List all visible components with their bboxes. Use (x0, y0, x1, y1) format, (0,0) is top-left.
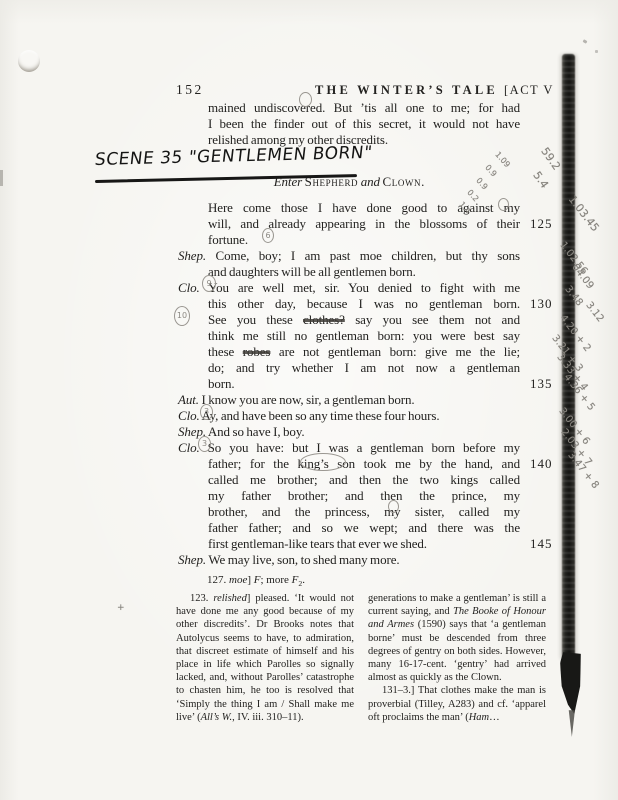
line-number: 125 (530, 216, 564, 232)
play-line: will, and already appearing in the bloss… (178, 216, 520, 232)
play-line: this other day, because I was no gentlem… (178, 296, 520, 312)
play-line: Shep. Come, boy; I am past moe children,… (178, 248, 520, 264)
text-segment: And so have I, boy. (206, 424, 305, 439)
text-segment: Ay, and have been so any time these four… (200, 408, 440, 423)
running-title: THE WINTER’S TALE (315, 83, 498, 98)
play-line: born.135 (178, 376, 520, 392)
line-number: 135 (530, 376, 564, 392)
play-line: father father; and so we wept; and there… (178, 520, 520, 536)
text-segment: I been the finder out of this secret, it… (208, 116, 520, 131)
handwritten-number: 3.21 + 3 (549, 333, 584, 374)
text-segment: ; more (260, 574, 291, 586)
act-header: [ACT V (504, 83, 554, 98)
text-segment: robes (243, 344, 271, 359)
page-number: 152 (176, 82, 204, 98)
text-segment: mained undiscovered. But ’tis all one to… (208, 100, 520, 115)
footnote-paragraph: generations to make a gentleman’ is stil… (368, 592, 546, 684)
text-segment: moe (229, 574, 247, 586)
play-line: called me brother; and then the two king… (178, 472, 520, 488)
text-segment: Aut. (178, 392, 199, 407)
handwritten-number: 1.02.56 (557, 240, 589, 277)
text-segment: father father; and so we wept; and there… (208, 520, 520, 535)
text-segment: Clo. (178, 408, 200, 423)
text-segment: Clo. (178, 280, 200, 295)
text-segment: 123. (190, 593, 213, 604)
play-text: mained undiscovered. But ’tis all one to… (178, 100, 520, 568)
text-segment: my father brother; and then the prince, … (208, 488, 520, 503)
handwritten-number: 5.4 (530, 169, 551, 191)
footnote-paragraph: 123. relished] pleased. ‘It would not ha… (176, 592, 354, 724)
collation-note: 127. moe] F; more F2. (207, 574, 305, 588)
text-segment: these (208, 344, 243, 359)
play-line: Clo. You are well met, sir. You denied t… (178, 280, 520, 296)
handwritten-number: 3.00 + 6 (556, 406, 591, 447)
handwritten-number: 59.2 (538, 145, 563, 173)
handwritten-number: 3.47 + 8 (565, 450, 600, 491)
text-segment: Ham (469, 712, 489, 723)
text-segment: think me still no gentleman born: you we… (208, 328, 520, 343)
play-line: and daughters will be all gentlemen born… (178, 264, 520, 280)
scan-speck (595, 50, 598, 53)
handwritten-number: 3.12 (583, 300, 605, 324)
handwritten-number: 4.20 + 2 (557, 313, 592, 354)
text-segment: relished (213, 593, 246, 604)
text-segment: clothes? (303, 312, 345, 327)
play-line: Clo. So you have: but I was a gentleman … (178, 440, 520, 456)
play-line: Shep. And so have I, boy. (178, 424, 520, 440)
text-segment: We may live, son, to shed many more. (206, 552, 399, 567)
footnotes: 123. relished] pleased. ‘It would not ha… (0, 592, 618, 744)
play-line: my father brother; and then the prince, … (178, 488, 520, 504)
handwritten-number: 1.03.45 (566, 193, 602, 234)
play-line: do; and try whether I am not now a gentl… (178, 360, 520, 376)
text-segment: 131–3.] That clothes make the man is pro… (368, 685, 546, 722)
handwritten-number: 04.09 (569, 262, 595, 291)
play-line: Clo. Ay, and have been so any time these… (178, 408, 520, 424)
play-line: I been the finder out of this secret, it… (178, 116, 520, 132)
text-segment: See you these (208, 312, 303, 327)
handwritten-number: 3.48 (562, 284, 584, 308)
play-line: father; for the king’s son took me by th… (178, 456, 520, 472)
binding-shadow-strip (562, 54, 575, 660)
text-segment: Shep. (178, 552, 206, 567)
line-number: 140 (530, 456, 564, 472)
play-line: think me still no gentleman born: you we… (178, 328, 520, 344)
text-segment: are not gentleman born: give me the lie; (270, 344, 520, 359)
text-segment: ] pleased. ‘It would not have done me an… (176, 593, 354, 723)
scan-edge-mark (0, 170, 3, 186)
text-segment: brother, and the princess, my sister, ca… (208, 504, 520, 519)
text-segment: first gentleman-like tears that ever we … (208, 536, 427, 551)
text-segment: … (489, 712, 500, 723)
play-line: first gentleman-like tears that ever we … (178, 536, 520, 552)
footnote-col-left: 123. relished] pleased. ‘It would not ha… (176, 592, 354, 742)
line-number: 145 (530, 536, 564, 552)
punch-hole-shadow (18, 50, 40, 72)
text-segment: Clown (382, 174, 421, 189)
text-segment: born. (208, 376, 235, 391)
text-segment: will, and already appearing in the bloss… (208, 216, 520, 231)
play-line: these robes are not gentleman born: give… (178, 344, 520, 360)
play-line: Shep. We may live, son, to shed many mor… (178, 552, 520, 568)
text-segment: You are well met, sir. You denied to fig… (200, 280, 520, 295)
text-segment: Clo. (178, 440, 200, 455)
play-line: Here come those I have done good to agai… (178, 200, 520, 216)
footnote-paragraph: 131–3.] That clothes make the man is pro… (368, 684, 546, 724)
line-number: 130 (530, 296, 564, 312)
scanned-page: 152 THE WINTER’S TALE [ACT V mained undi… (0, 0, 618, 800)
text-segment: All’s W. (201, 712, 233, 723)
text-segment: . (302, 574, 305, 586)
footnote-col-right: generations to make a gentleman’ is stil… (368, 592, 546, 742)
text-segment: father; for the king’s son took me by th… (208, 456, 520, 471)
text-segment: Come, boy; I am past moe children, but t… (206, 248, 520, 263)
play-line: mained undiscovered. But ’tis all one to… (178, 100, 520, 116)
scan-speck (583, 39, 588, 44)
text-segment: and (358, 174, 382, 189)
text-segment: Shep. (178, 248, 206, 263)
play-line: Aut. I know you are now, sir, a gentlema… (178, 392, 520, 408)
text-segment: So you have: but I was a gentleman born … (200, 440, 520, 455)
text-segment: do; and try whether I am not now a gentl… (208, 360, 520, 375)
text-segment: this other day, because I was no gentlem… (208, 296, 520, 311)
text-segment: . (421, 174, 424, 189)
handwritten-number: 4.36 + 5 (561, 372, 596, 413)
play-line: brother, and the princess, my sister, ca… (178, 504, 520, 520)
text-segment: called me brother; and then the two king… (208, 472, 520, 487)
play-line: fortune. (178, 232, 520, 248)
text-segment: Here come those I have done good to agai… (208, 200, 520, 215)
play-line: See you these clothes? say you see them … (178, 312, 520, 328)
text-segment: Shep. (178, 424, 206, 439)
text-segment: say you see them not and (345, 312, 520, 327)
text-segment: fortune. (208, 232, 248, 247)
text-segment: I know you are now, sir, a gentleman bor… (199, 392, 415, 407)
text-segment: , IV. iii. 310–11). (232, 712, 303, 723)
text-segment: and daughters will be all gentlemen born… (208, 264, 416, 279)
text-segment: 127. (207, 574, 229, 586)
